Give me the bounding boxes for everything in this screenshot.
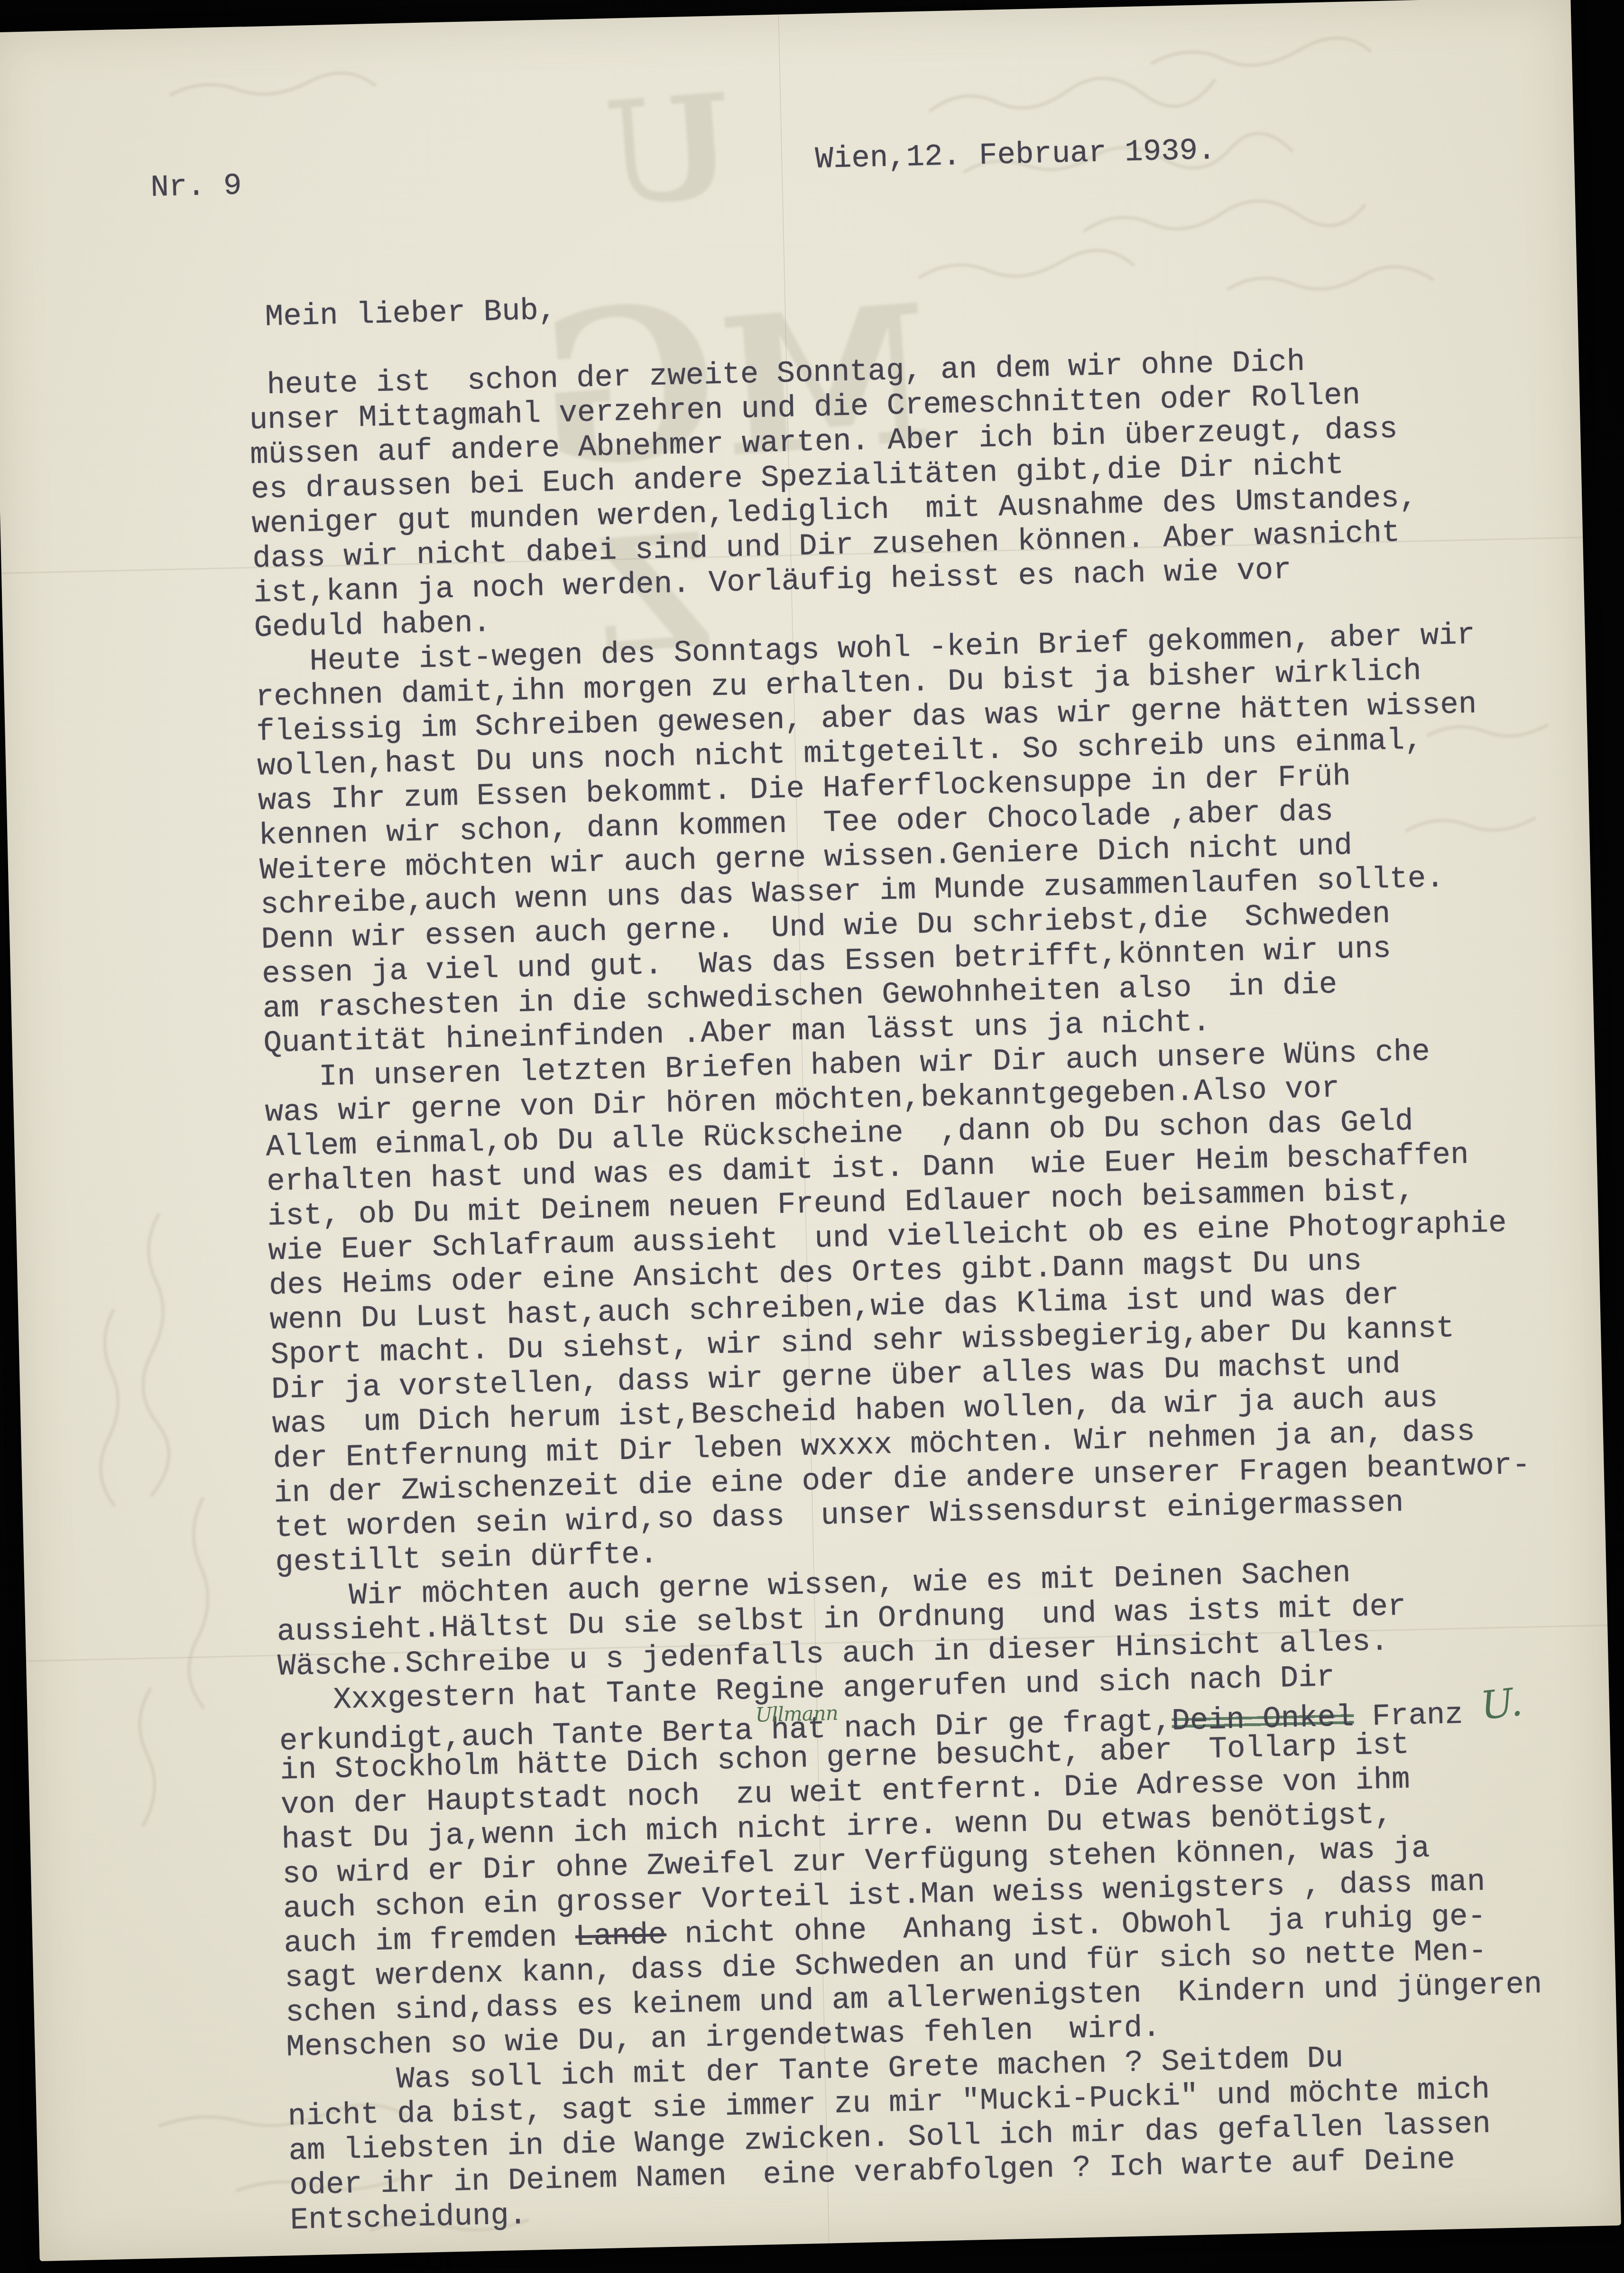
letterhead-ghost-glyph: U <box>603 74 738 226</box>
dateline: Wien,12. Februar 1939. <box>815 134 1216 177</box>
typed-text-segment: Geduld haben. <box>254 606 491 646</box>
typed-text-segment: auch im fremden <box>284 1920 576 1961</box>
letter-body: heute ist schon der zweite Sonntag, an d… <box>248 341 1547 2238</box>
letter-number: Nr. 9 <box>150 169 242 205</box>
salutation: Mein lieber Bub, <box>265 294 557 335</box>
typed-text-segment: Entscheidung. <box>290 2199 527 2238</box>
letter-sheet: U G M Z Nr. 9 Wien,12. Februar 1939. Mei… <box>0 0 1621 2261</box>
annotated-text-segment: U. <box>1479 1684 1524 1723</box>
annotated-text-segment: Lande <box>575 1918 667 1954</box>
